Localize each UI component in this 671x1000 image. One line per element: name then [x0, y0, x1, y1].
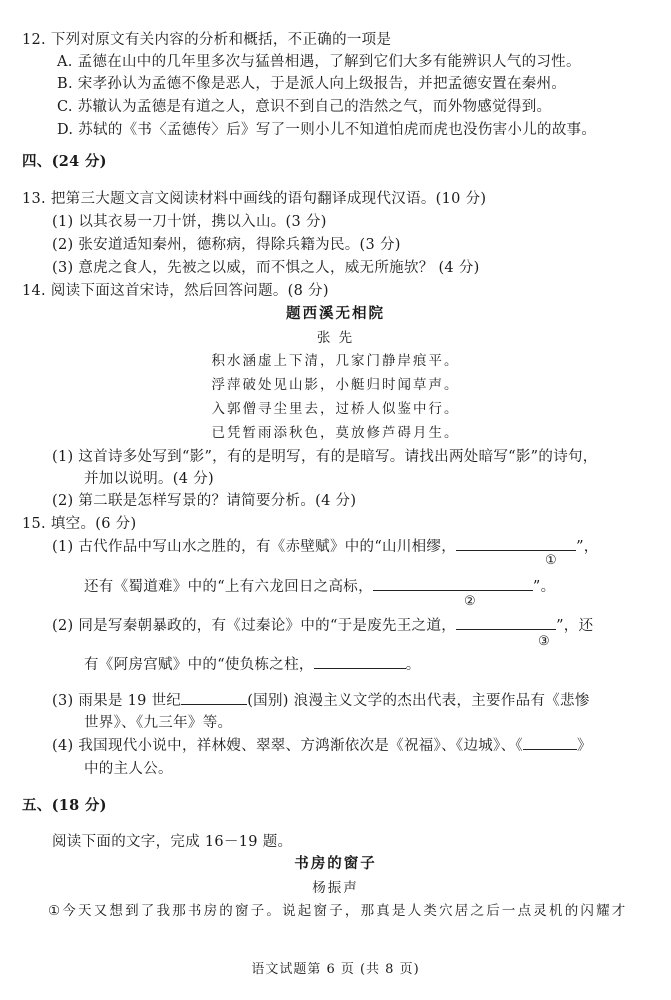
blank-2[interactable] — [373, 576, 533, 591]
poem-line-1: 积水涵虚上下清，几家门静岸痕平。 — [0, 349, 671, 369]
q15-item-2b-end: 。 — [406, 657, 421, 673]
section4-heading: 四、(24 分) — [22, 150, 107, 171]
q14-stem: 14. 阅读下面这首宋诗，然后回答问题。(8 分) — [22, 279, 329, 300]
exam-page: 12. 下列对原文有关内容的分析和概括，不正确的一项是 A. 孟德在山中的几年里… — [0, 0, 671, 1000]
q13-item-2: (2) 张安道适知秦州，德称病，得除兵籍为民。(3 分) — [52, 233, 401, 254]
blank-1-marker: ① — [545, 553, 557, 568]
q14-item-1-cont: 并加以说明。(4 分) — [84, 467, 214, 488]
q12-stem: 12. 下列对原文有关内容的分析和概括，不正确的一项是 — [22, 28, 391, 49]
q12-option-c: C. 苏辙认为孟德是有道之人，意识不到自己的浩然之气，而外物感觉得到。 — [57, 95, 551, 116]
q13-item-1: (1) 以其衣易一刀十饼，携以入山。(3 分) — [52, 210, 327, 231]
q15-item-4a: (4) 我国现代小说中，祥林嫂、翠翠、方鸿渐依次是《祝福》、《边城》、《》 — [52, 734, 592, 755]
q15-item-3a-text: (3) 雨果是 19 世纪 — [52, 693, 181, 709]
q15-item-2a-end: ”，还 — [556, 618, 593, 634]
blank-3-marker: ③ — [538, 634, 550, 649]
q15-item-1a-end: ”， — [576, 539, 599, 555]
q15-item-2b-text: 有《阿房宫赋》中的“使负栋之柱， — [84, 657, 314, 673]
section5-intro: 阅读下面的文字，完成 16－19 题。 — [52, 830, 292, 851]
q14-item-1: (1) 这首诗多处写到“影”，有的是明写，有的是暗写。请找出两处暗写“影”的诗句… — [52, 445, 598, 466]
q15-item-1b: 还有《蜀道难》中的“上有六龙回日之高标，”。 — [84, 575, 555, 596]
q12-option-d: D. 苏轼的《书〈孟德传〉后》写了一则小儿不知道怕虎而虎也没伤害小儿的故事。 — [57, 118, 596, 139]
q15-item-3b: 世界》、《九三年》等。 — [84, 711, 232, 732]
section5-heading: 五、(18 分) — [22, 794, 107, 815]
q15-item-4a-text: (4) 我国现代小说中，祥林嫂、翠翠、方鸿渐依次是《祝福》、《边城》、《 — [52, 738, 523, 754]
q13-stem: 13. 把第三大题文言文阅读材料中画线的语句翻译成现代汉语。(10 分) — [22, 187, 486, 208]
blank-1[interactable] — [456, 536, 576, 551]
q15-item-1a: (1) 古代作品中写山水之胜的，有《赤壁赋》中的“山川相缪，”， — [52, 535, 599, 556]
q13-item-3: (3) 意虎之食人，先被之以威，而不惧之人，威无所施欤？ (4 分) — [52, 256, 480, 277]
blank-4[interactable] — [314, 654, 406, 669]
poem-line-2: 浮萍破处见山影，小艇归时闻草声。 — [0, 373, 671, 393]
q15-item-1b-text: 还有《蜀道难》中的“上有六龙回日之高标， — [84, 579, 373, 595]
article-title: 书房的窗子 — [0, 852, 671, 873]
blank-5[interactable] — [181, 690, 247, 705]
q15-item-3a-mid: (国别) 浪漫主义文学的杰出代表，主要作品有《悲惨 — [247, 693, 589, 709]
q15-item-4b: 中的主人公。 — [84, 757, 173, 778]
q15-item-1a-text: (1) 古代作品中写山水之胜的，有《赤壁赋》中的“山川相缪， — [52, 539, 456, 555]
q15-item-4a-end: 》 — [577, 738, 592, 754]
article-paragraph-1: ①今天又想到了我那书房的窗子。说起窗子，那真是人类穴居之后一点灵机的闪耀才 — [48, 899, 628, 919]
poem-title: 题西溪无相院 — [0, 302, 671, 323]
q15-item-2b: 有《阿房宫赋》中的“使负栋之柱，。 — [84, 653, 421, 674]
blank-3[interactable] — [456, 615, 556, 630]
blank-6[interactable] — [523, 735, 577, 750]
poem-line-4: 已凭暂雨添秋色，莫放修芦碍月生。 — [0, 421, 671, 441]
q15-item-2a-text: (2) 同是写秦朝暴政的，有《过秦论》中的“于是废先王之道， — [52, 618, 456, 634]
blank-2-marker: ② — [464, 594, 476, 609]
poem-author: 张 先 — [0, 326, 671, 346]
q15-item-3a: (3) 雨果是 19 世纪(国别) 浪漫主义文学的杰出代表，主要作品有《悲惨 — [52, 689, 590, 710]
page-footer: 语文试题第 6 页 (共 8 页) — [0, 958, 671, 977]
q14-item-2: (2) 第二联是怎样写景的？请简要分析。(4 分) — [52, 489, 356, 510]
q15-item-1b-end: ”。 — [533, 579, 556, 595]
poem-line-3: 入郭僧寻尘里去，过桥人似鉴中行。 — [0, 397, 671, 417]
article-author: 杨振声 — [0, 876, 671, 896]
q12-option-b: B. 宋孝孙认为孟德不像是恶人，于是派人向上级报告，并把孟德安置在秦州。 — [57, 72, 566, 93]
q15-stem: 15. 填空。(6 分) — [22, 512, 136, 533]
q15-item-2a: (2) 同是写秦朝暴政的，有《过秦论》中的“于是废先王之道，”，还 — [52, 614, 593, 635]
q12-option-a: A. 孟德在山中的几年里多次与猛兽相遇，了解到它们大多有能辨识人气的习性。 — [57, 50, 581, 71]
